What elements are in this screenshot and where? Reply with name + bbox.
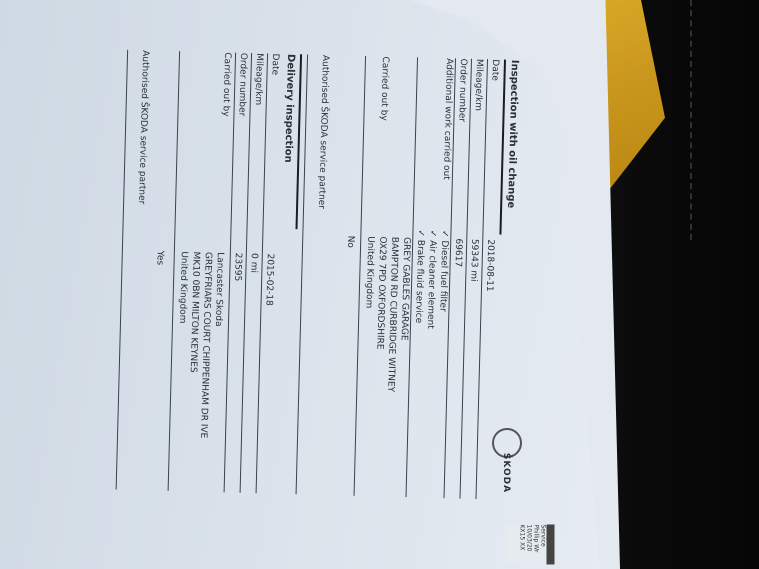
section-title-delivery: Delivery inspection <box>282 54 296 163</box>
garage-address-line: United Kingdom <box>363 236 375 308</box>
dealer-address-line: United Kingdom <box>177 251 189 323</box>
field-value-order: 69617 <box>453 238 464 267</box>
skoda-logo: ŠKODA <box>492 428 526 488</box>
service-record-document: Inspection with oil change Date 2018-08-… <box>88 49 520 540</box>
garage-address-line: BAMPTON RD CURBRIDGE WITNEY <box>385 237 399 393</box>
field-label-order: Order number <box>456 58 468 122</box>
field-value-order: 23595 <box>232 253 243 282</box>
field-value-date: 2018-08-11 <box>484 239 495 292</box>
field-value-mileage: 59343 mi <box>468 239 479 282</box>
field-label-authorised-partner: Authorised ŠKODA service partner <box>136 50 150 204</box>
garage-address-line: OX29 7PD OXFORDSHIRE <box>374 236 387 349</box>
field-label-date: Date <box>270 53 281 75</box>
sticker-line: 10/03/20 <box>526 525 533 565</box>
field-label-carried-out-by: Carried out by <box>220 52 232 117</box>
seat-stitching <box>690 0 694 240</box>
dealer-address-line: Lancaster Skoda <box>213 252 225 327</box>
additional-work-item: ✓ Air cleaner element <box>425 230 438 329</box>
section-rule <box>295 54 302 229</box>
additional-work-item: ✓ Brake fluid service <box>413 229 425 323</box>
field-label-mileage: Mileage/km <box>473 59 484 111</box>
sticker-line: Service <box>540 525 547 565</box>
sticker-line: KX15 XX <box>519 525 526 565</box>
sticker-line: Phillip Wr <box>533 525 540 565</box>
dealer-address-line: MK10 0BN MILTON KEYNES <box>188 251 201 372</box>
row-divider <box>116 50 129 490</box>
dealer-address-line: GREYFRIARS COURT CHIPPENHAM DR IVE <box>198 252 213 439</box>
field-label-carried-out-by: Carried out by <box>378 56 390 121</box>
field-value-date: 2015-02-18 <box>263 253 274 306</box>
brand-name: ŠKODA <box>501 453 511 493</box>
field-label-order: Order number <box>236 53 248 117</box>
service-sticker: Service Phillip Wr 10/03/20 KX15 XX <box>506 525 555 565</box>
field-label-date: Date <box>489 59 500 81</box>
additional-work-item: ✓ Diesel fuel filter <box>437 230 449 312</box>
section-rule <box>499 60 506 235</box>
field-value-authorised-partner: No <box>345 235 355 248</box>
field-value-authorised-partner: Yes <box>155 251 165 266</box>
field-label-authorised-partner: Authorised ŠKODA service partner <box>316 55 330 209</box>
field-value-mileage: 0 mi <box>248 253 259 273</box>
field-label-mileage: Mileage/km <box>253 53 264 105</box>
